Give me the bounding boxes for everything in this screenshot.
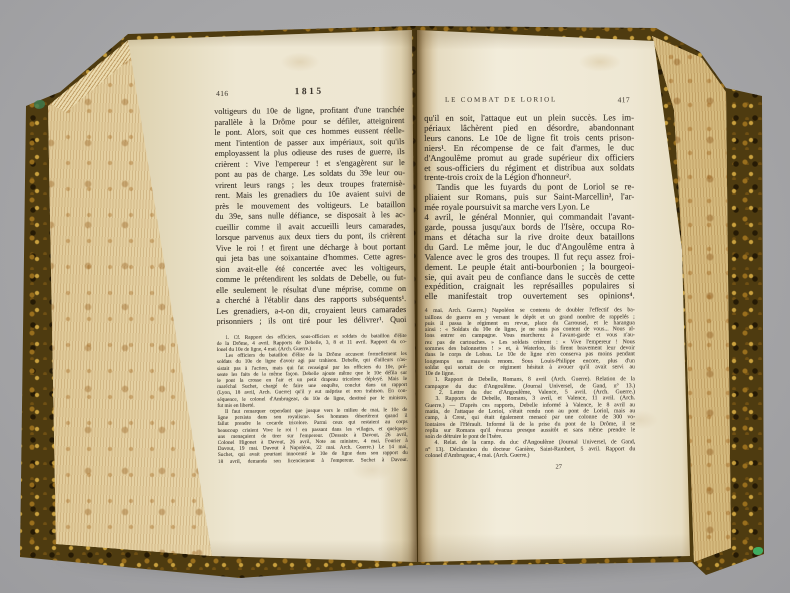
left-page-text: 416 1815 voltigeurs du 10e de ligne, pro… (214, 86, 408, 465)
photo-surface: 416 1815 voltigeurs du 10e de ligne, pro… (0, 0, 790, 593)
text-line: elle manifestait trop ouvertement ses op… (425, 292, 635, 303)
right-running-header: LE COMBAT DE LORIOL 417 (424, 95, 634, 108)
right-page-text: LE COMBAT DE LORIOL 417 qu'il en soit, l… (424, 95, 635, 471)
right-body-text: qu'il en soit, l'attaque eut un plein su… (424, 113, 635, 302)
left-body-text: voltigeurs du 10e de ligne, profitant d'… (214, 105, 406, 327)
left-running-header: 416 1815 (214, 86, 404, 100)
right-footnotes: 4 mai. Arch. Guerre.) Napoléon se conten… (425, 307, 636, 459)
right-running-title: LE COMBAT DE LORIOL (396, 95, 606, 104)
right-page-number: 417 (618, 95, 630, 104)
text-line: prisonniers ; ils ont tiré pour les déli… (216, 315, 406, 327)
left-footnotes: 1. Cf. Rapport des officiers, sous-offic… (217, 332, 408, 464)
text-line: soldat qui sortait de ce régiment hésita… (425, 364, 635, 371)
left-page-number: 416 (216, 89, 229, 98)
signature-mark: 27 (425, 464, 635, 472)
left-running-title: 1815 (214, 86, 404, 98)
text-line: colonel d'Ambrugeac, 4 mai. (Arch. Guerr… (425, 452, 635, 459)
